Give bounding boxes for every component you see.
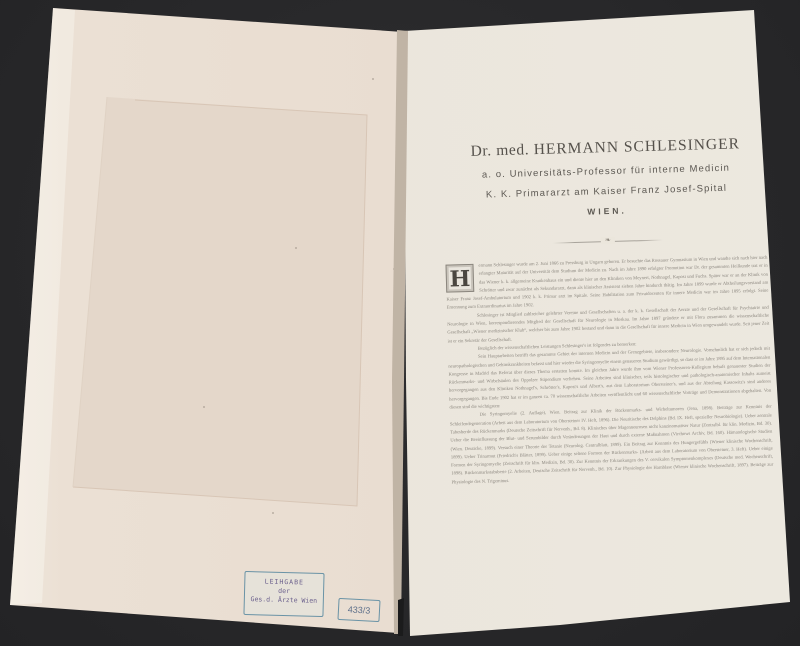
loan-stamp: LEIHGABE der Ges.d. Ärzte Wien xyxy=(243,571,324,617)
paper-speck xyxy=(295,247,297,249)
fleuron-icon: ❧ xyxy=(601,237,615,244)
paper-speck xyxy=(372,78,374,80)
decorative-initial: H xyxy=(445,264,474,293)
title-prefix: Dr. med. xyxy=(470,141,529,160)
paragraph: ermann Schlesinger wurde am 2. Juni 1866… xyxy=(445,254,768,313)
paragraph: Die Syringomyelie (2. Auflage), Wien. Be… xyxy=(450,403,774,487)
divider-ornament: ❧ xyxy=(553,237,663,246)
title-name: HERMANN SCHLESINGER xyxy=(533,135,740,158)
dropcap-letter: H xyxy=(449,267,472,290)
shelf-number-stamp: 433/3 xyxy=(337,598,380,622)
title-block: Dr. med. HERMANN SCHLESINGER a. o. Unive… xyxy=(430,134,783,249)
title-hospital: K. K. Primararzt am Kaiser Franz Josef-S… xyxy=(431,181,781,202)
paper-speck xyxy=(272,512,274,514)
page-title: Dr. med. HERMANN SCHLESINGER xyxy=(430,134,780,162)
stamp-line-3: Ges.d. Ärzte Wien xyxy=(245,595,323,606)
biography-text: H ermann Schlesinger wurde am 2. Juni 18… xyxy=(445,254,773,487)
title-city: WIEN. xyxy=(432,201,782,221)
title-position: a. o. Universitäts-Professor für interne… xyxy=(431,161,781,182)
paragraph: Sein Hauptarbeiten betrifft das gesammte… xyxy=(448,345,771,412)
paper-speck xyxy=(203,406,205,408)
right-page-content: Dr. med. HERMANN SCHLESINGER a. o. Unive… xyxy=(430,130,793,620)
